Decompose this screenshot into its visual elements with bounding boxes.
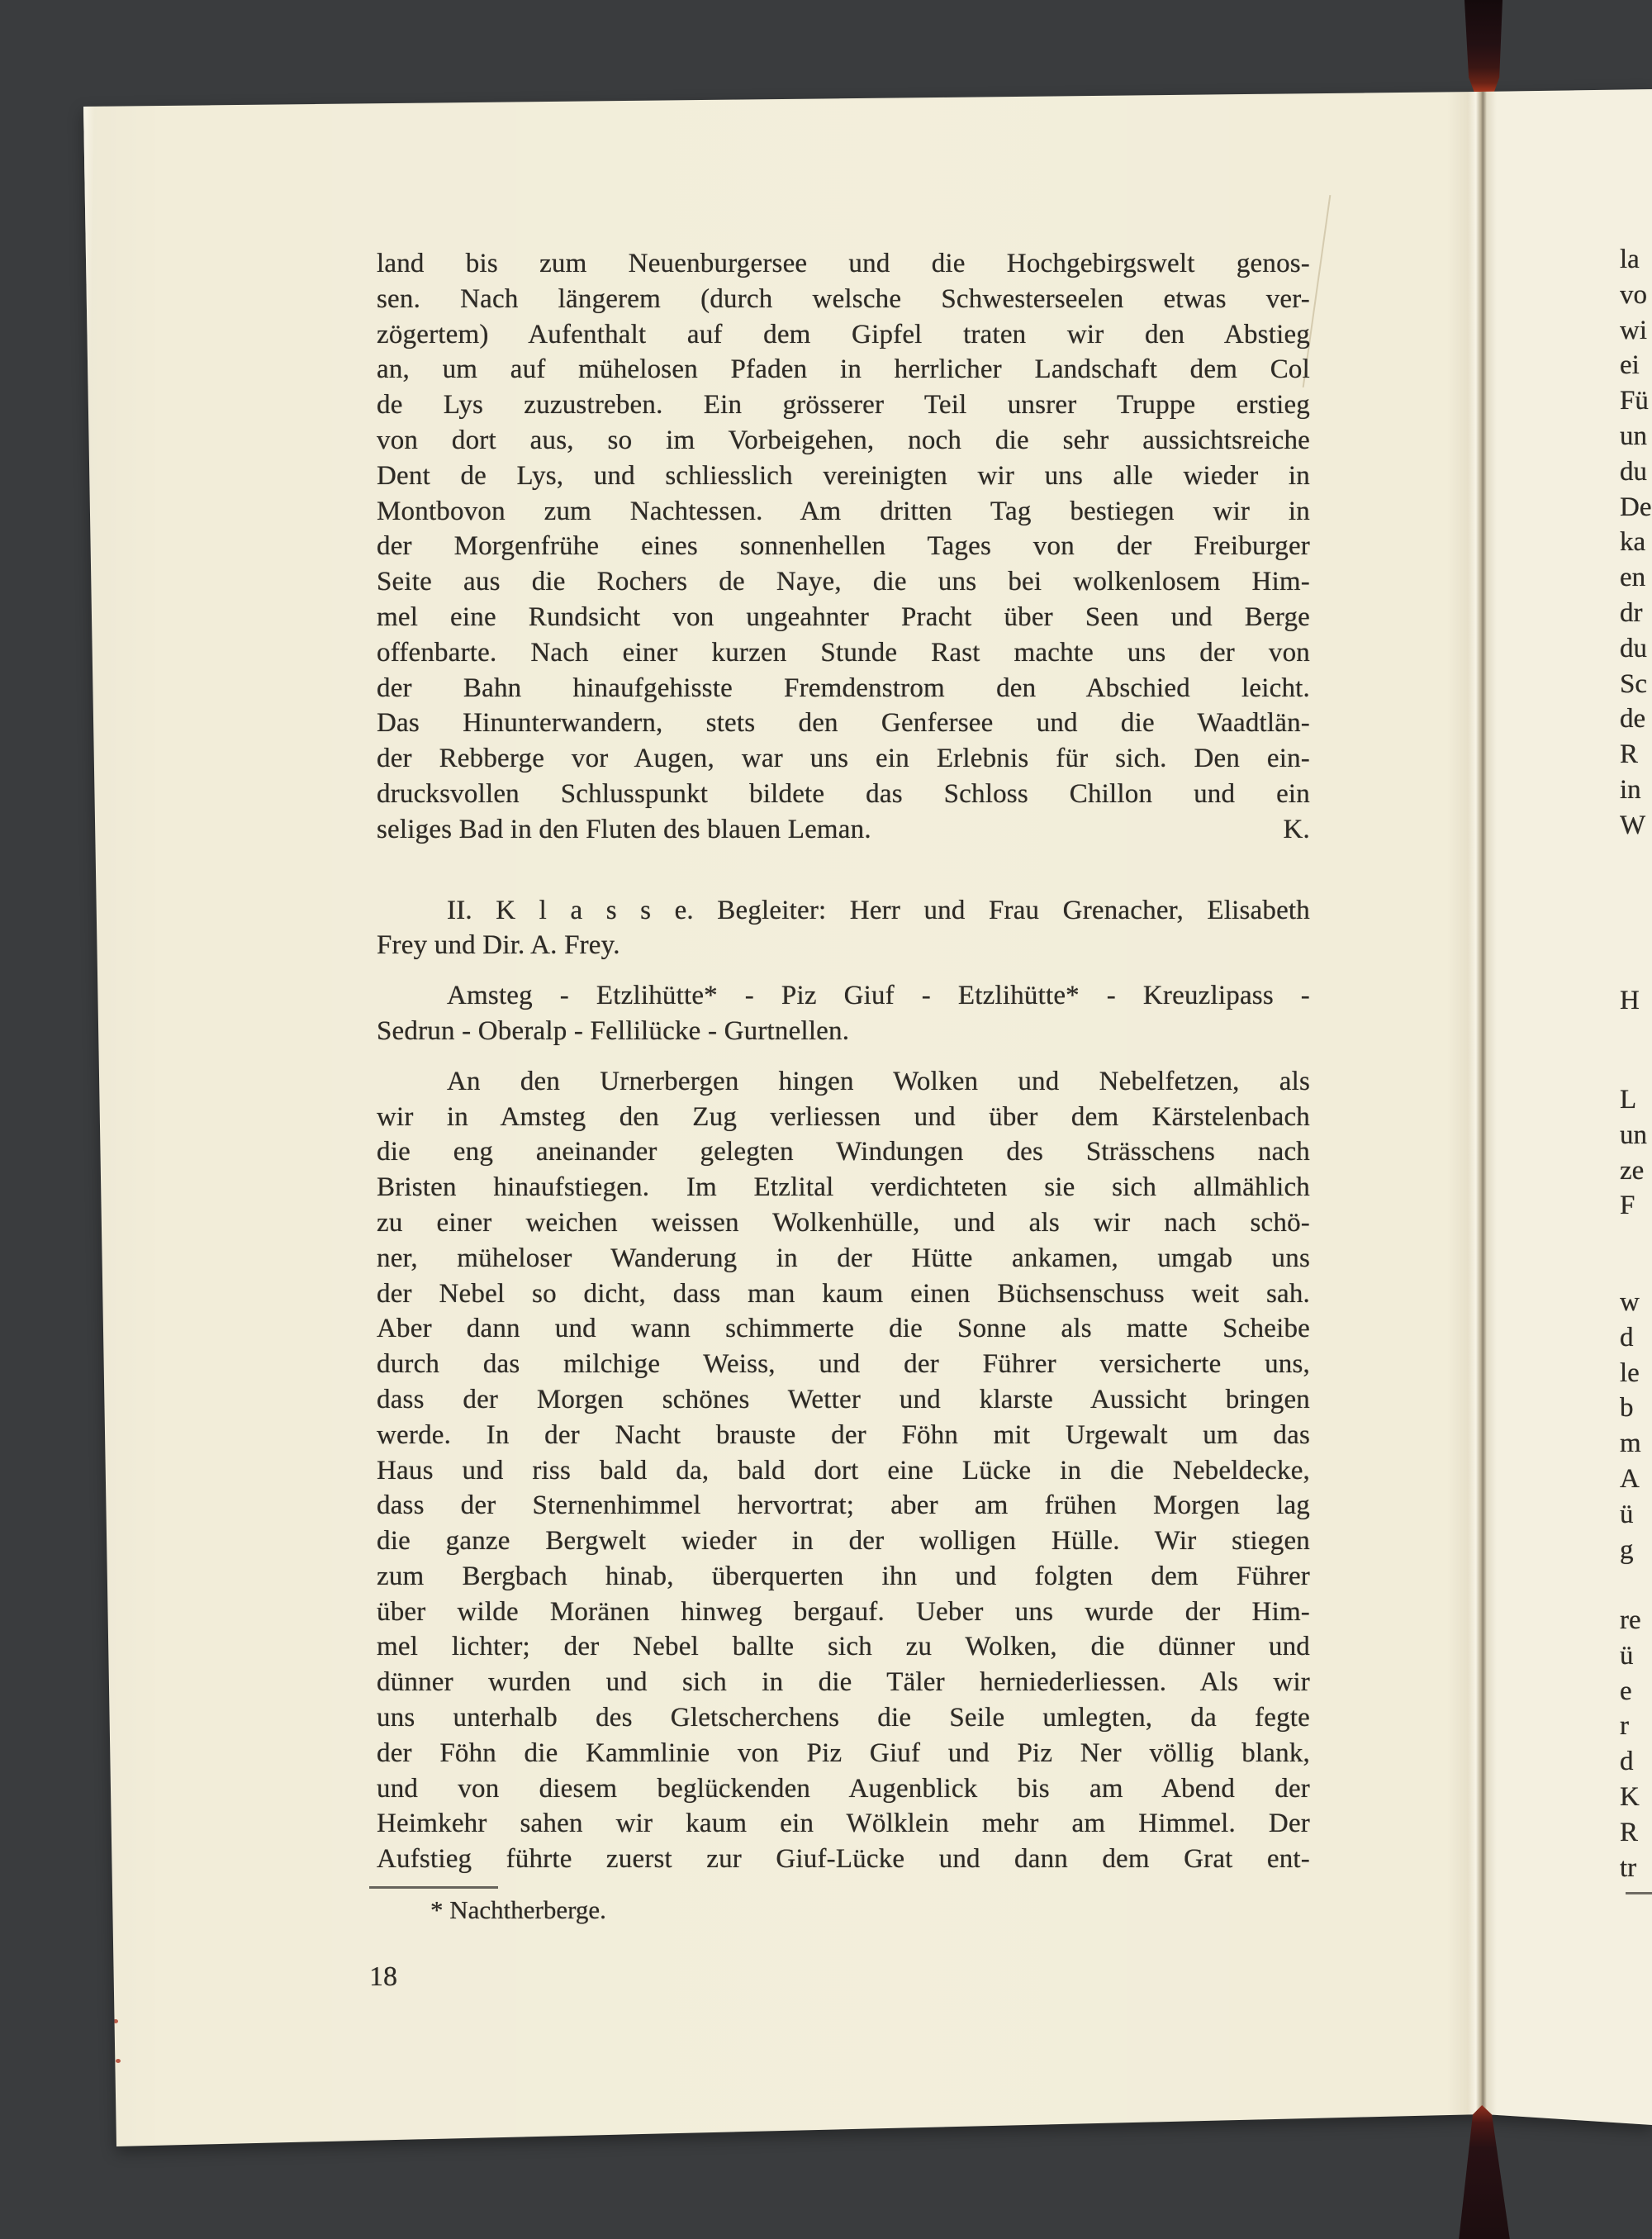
text-line: Montbovon zum Nachtessen. Am dritten Tag…	[377, 494, 1310, 530]
footnote-rule	[369, 1886, 498, 1889]
text-line: drucksvollen Schlusspunkt bildete das Sc…	[377, 777, 1310, 812]
edge-fragment-line: tr	[1620, 1851, 1652, 1886]
text-line: zögertem) Aufenthalt auf dem Gipfel trat…	[377, 317, 1310, 353]
edge-fragment-line: un	[1620, 1118, 1652, 1153]
gutter-crease	[1447, 0, 1497, 2239]
text-line: de Lys zuzustreben. Ein grösserer Teil u…	[377, 387, 1310, 423]
text-line: An den Urnerbergen hingen Wolken und Neb…	[377, 1064, 1310, 1100]
footnote-marker: *	[430, 1895, 444, 1924]
text-line: Aufstieg führte zuerst zur Giuf-Lücke un…	[377, 1842, 1310, 1877]
edge-fragment-line: in	[1620, 772, 1652, 808]
text-line: über wilde Moränen hinweg bergauf. Ueber…	[377, 1595, 1310, 1630]
edge-fragment-line: ei	[1620, 348, 1652, 383]
edge-fragment-line: le	[1620, 1356, 1652, 1391]
edge-fragment-line: L	[1620, 1082, 1652, 1118]
edge-fragment-line: re	[1620, 1603, 1652, 1638]
edge-fragment-line: ze	[1620, 1153, 1652, 1189]
text-line: Dent de Lys, und schliesslich vereinigte…	[377, 459, 1310, 494]
text-line: Frey und Dir. A. Frey.	[377, 928, 1310, 963]
text-line: offenbarte. Nach einer kurzen Stunde Ras…	[377, 635, 1310, 671]
edge-stain-dot	[113, 2019, 118, 2023]
edge-fragment-group: H	[1620, 983, 1652, 1019]
text-line: wir in Amsteg den Zug verliessen und übe…	[377, 1100, 1310, 1135]
text-line: mel eine Rundsicht von ungeahnter Pracht…	[377, 600, 1310, 635]
text-line: sen. Nach längerem (durch welsche Schwes…	[377, 282, 1310, 317]
text-line: Sedrun - Oberalp - Fellilücke - Gurtnell…	[377, 1014, 1310, 1049]
edge-fragment-line: du	[1620, 631, 1652, 667]
edge-fragment-group: reüerdKRtr	[1620, 1603, 1652, 1885]
text-line: zu einer weichen weissen Wolkenhülle, un…	[377, 1205, 1310, 1241]
text-line: ner, müheloser Wanderung in der Hütte an…	[377, 1241, 1310, 1276]
edge-fragment-line: Sc	[1620, 667, 1652, 702]
edge-fragment-line: K	[1620, 1780, 1652, 1815]
edge-fragment-line: du	[1620, 454, 1652, 490]
edge-fragment-line: De	[1620, 490, 1652, 525]
page-number: 18	[369, 1961, 397, 1993]
page-spread-wrap: land bis zum Neuenburgersee und die Hoch…	[0, 0, 1652, 2239]
edge-fragment-group: LunzeF	[1620, 1082, 1652, 1224]
text-line: der Nebel so dicht, dass man kaum einen …	[377, 1276, 1310, 1312]
edge-fragment-line: ü	[1620, 1497, 1652, 1533]
text-line: die eng aneinander gelegten Windungen de…	[377, 1134, 1310, 1170]
text-line: seliges Bad in den Fluten des blauen Lem…	[377, 812, 1310, 848]
text-line: durch das milchige Weiss, und der Führer…	[377, 1347, 1310, 1382]
edge-fragment-line: un	[1620, 419, 1652, 454]
text-line: Haus und riss bald da, bald dort eine Lü…	[377, 1453, 1310, 1489]
text-line: uns unterhalb des Gletscherchens die Sei…	[377, 1700, 1310, 1736]
body-text-column: land bis zum Neuenburgersee und die Hoch…	[377, 246, 1310, 1877]
text-line: die ganze Bergwelt wieder in der wollige…	[377, 1524, 1310, 1559]
text-line: Seite aus die Rochers de Naye, die uns b…	[377, 564, 1310, 600]
book-pages: land bis zum Neuenburgersee und die Hoch…	[0, 0, 1652, 2239]
author-initial: K.	[1284, 812, 1310, 848]
text-line: werde. In der Nacht brauste der Föhn mit…	[377, 1418, 1310, 1453]
edge-fragment-line: H	[1620, 983, 1652, 1019]
facing-page-text-fragments: lavowieiFüunduDekaendrduScdeRinWHLunzeFw…	[1620, 0, 1652, 2239]
text-line: Bristen hinaufstiegen. Im Etzlital verdi…	[377, 1170, 1310, 1205]
page-left-edge	[50, 104, 95, 2148]
edge-fragment-line: ü	[1620, 1638, 1652, 1674]
text-line: dünner wurden und sich in die Täler hern…	[377, 1665, 1310, 1700]
edge-fragment-line: de	[1620, 701, 1652, 737]
text-line: Heimkehr sahen wir kaum ein Wölklein meh…	[377, 1806, 1310, 1842]
edge-fragment-line: e	[1620, 1674, 1652, 1709]
edge-fragment-line: wi	[1620, 313, 1652, 349]
text-line: und von diesem beglückenden Augenblick b…	[377, 1771, 1310, 1807]
text-line: der Föhn die Kammlinie von Piz Giuf und …	[377, 1736, 1310, 1771]
edge-fragment-line: w	[1620, 1285, 1652, 1320]
edge-fragment-line: ka	[1620, 525, 1652, 560]
edge-fragment-line: r	[1620, 1709, 1652, 1744]
facing-page-footnote-rule	[1626, 1892, 1652, 1894]
text-line: Das Hinunterwandern, stets den Genfersee…	[377, 706, 1310, 741]
text-line: dass der Morgen schönes Wetter und klars…	[377, 1382, 1310, 1418]
text-line: der Morgenfrühe eines sonnenhellen Tages…	[377, 529, 1310, 564]
edge-fragment-line: A	[1620, 1462, 1652, 1497]
edge-fragment-line: F	[1620, 1188, 1652, 1224]
edge-fragment-group: lavowieiFüunduDekaendrduScdeRinW	[1620, 242, 1652, 844]
text-line: zum Bergbach hinab, überquerten ihn und …	[377, 1559, 1310, 1595]
text-line: der Rebberge vor Augen, war uns ein Erle…	[377, 741, 1310, 777]
edge-fragment-line: R	[1620, 1815, 1652, 1851]
footnote-text: Nachtherberge.	[449, 1895, 606, 1924]
text-line: land bis zum Neuenburgersee und die Hoch…	[377, 246, 1310, 282]
edge-fragment-line: la	[1620, 242, 1652, 278]
edge-fragment-line: W	[1620, 808, 1652, 844]
book-photo: land bis zum Neuenburgersee und die Hoch…	[0, 0, 1652, 2239]
edge-fragment-line: vo	[1620, 278, 1652, 313]
edge-fragment-line: g	[1620, 1533, 1652, 1568]
text-line: von dort aus, so im Vorbeigehen, noch di…	[377, 423, 1310, 459]
footnote: * Nachtherberge.	[430, 1894, 606, 1927]
text-line-left: seliges Bad in den Fluten des blauen Lem…	[377, 812, 871, 848]
text-line: der Bahn hinaufgehisste Fremdenstrom den…	[377, 671, 1310, 706]
edge-fragment-line: dr	[1620, 596, 1652, 631]
edge-fragment-group: wdlebmAüg	[1620, 1285, 1652, 1567]
edge-fragment-line: Fü	[1620, 383, 1652, 419]
edge-stain-dot	[116, 2059, 121, 2063]
edge-fragment-line: d	[1620, 1744, 1652, 1780]
text-line: Amsteg - Etzlihütte* - Piz Giuf - Etzlih…	[377, 978, 1310, 1014]
edge-fragment-line: d	[1620, 1320, 1652, 1356]
text-line: dass der Sternenhimmel hervortrat; aber …	[377, 1488, 1310, 1524]
edge-fragment-line: R	[1620, 737, 1652, 772]
text-line: an, um auf mühelosen Pfaden in herrliche…	[377, 352, 1310, 387]
edge-fragment-line: b	[1620, 1390, 1652, 1426]
text-line: mel lichter; der Nebel ballte sich zu Wo…	[377, 1629, 1310, 1665]
edge-fragment-line: en	[1620, 560, 1652, 596]
text-line: II. K l a s s e. Begleiter: Herr und Fra…	[377, 893, 1310, 929]
text-line: Aber dann und wann schimmerte die Sonne …	[377, 1311, 1310, 1347]
edge-fragment-line: m	[1620, 1426, 1652, 1462]
